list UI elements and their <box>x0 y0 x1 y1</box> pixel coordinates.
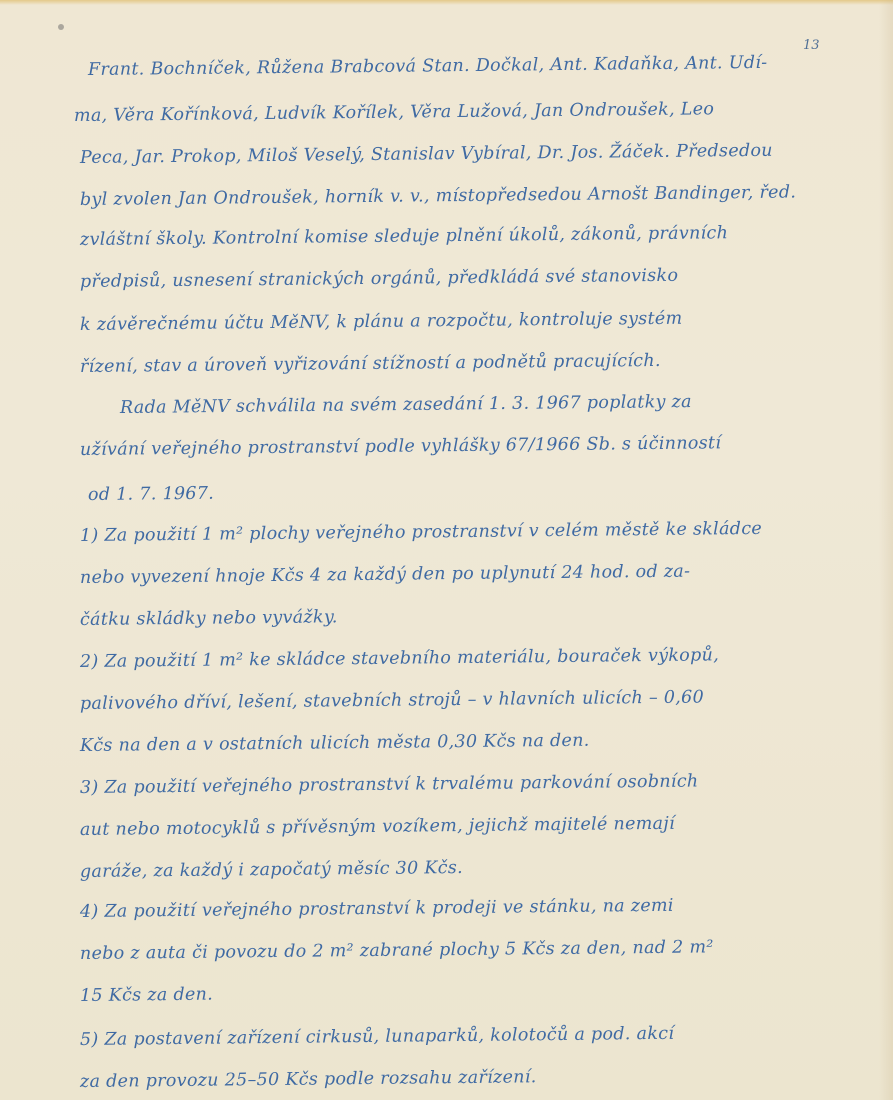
text-line: k závěrečnému účtu MěNV, k plánu a rozpo… <box>80 307 820 335</box>
text-line: Kčs na den a v ostatních ulicích města 0… <box>80 728 820 756</box>
text-line: nebo vyvezení hnoje Kčs 4 za každý den p… <box>80 560 820 588</box>
text-line: aut nebo motocyklů s přívěsným vozíkem, … <box>80 812 820 840</box>
manuscript-page: 13 Frant. Bochníček, Růžena Brabcová Sta… <box>0 0 893 1100</box>
text-line: ma, Věra Kořínková, Ludvík Kořílek, Věra… <box>74 98 814 126</box>
text-line: řízení, stav a úroveň vyřizování stížnos… <box>80 349 820 377</box>
text-line: Frant. Bochníček, Růžena Brabcová Stan. … <box>88 52 828 80</box>
page-number: 13 <box>803 38 820 53</box>
text-line: garáže, za každý i započatý měsíc 30 Kčs… <box>80 854 820 882</box>
text-line: Peca, Jar. Prokop, Miloš Veselý, Stanisl… <box>80 140 820 168</box>
text-line: zvláštní školy. Kontrolní komise sleduje… <box>80 222 820 250</box>
list-item-5-line: 5) Za postavení zařízení cirkusů, lunapa… <box>80 1022 820 1050</box>
text-line: od 1. 7. 1967. <box>88 477 828 505</box>
text-line: čátku skládky nebo vyvážky. <box>80 602 820 630</box>
text-line: palivového dříví, lešení, stavebních str… <box>80 686 820 714</box>
text-line: byl zvolen Jan Ondroušek, horník v. v., … <box>80 182 820 210</box>
list-item-2-line: 2) Za použití 1 m² ke skládce stavebního… <box>80 644 820 672</box>
text-line: předpisů, usnesení stranických orgánů, p… <box>80 264 820 292</box>
paragraph-start-line: Rada MěNV schválila na svém zasedání 1. … <box>120 390 860 418</box>
text-line: za den provozu 25–50 Kčs podle rozsahu z… <box>80 1064 820 1092</box>
list-item-1-line: 1) Za použití 1 m² plochy veřejného pros… <box>80 518 820 546</box>
ink-smudge <box>58 24 64 30</box>
text-line: užívání veřejného prostranství podle vyh… <box>80 432 820 460</box>
list-item-4-line: 4) Za použití veřejného prostranství k p… <box>80 894 820 922</box>
text-line: nebo z auta či povozu do 2 m² zabrané pl… <box>80 936 820 964</box>
text-line: 15 Kčs za den. <box>80 978 820 1006</box>
list-item-3-line: 3) Za použití veřejného prostranství k t… <box>80 770 820 798</box>
